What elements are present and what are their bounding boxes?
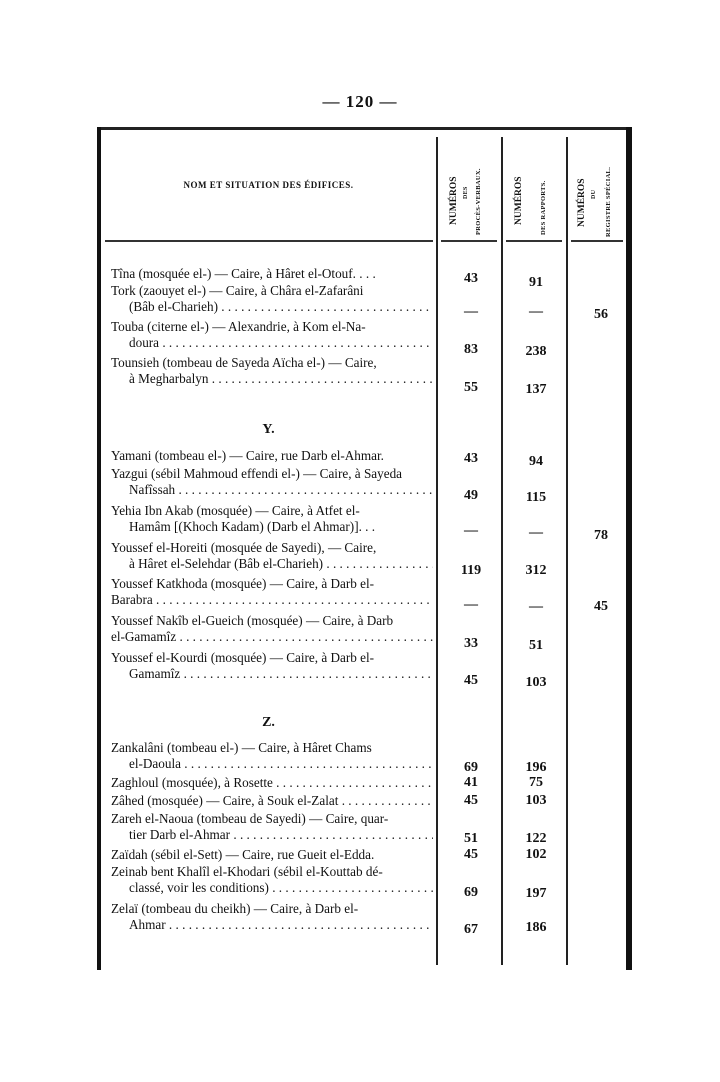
rapports-number: — — [504, 599, 568, 615]
proces-verbaux-number: 69 — [439, 885, 503, 901]
entry: Tork (zaouyet el-) — Caire, à Châra el-Z… — [111, 283, 433, 315]
entry-text: Zankalâni (tombeau el-) — Caire, à Hâret… — [111, 740, 433, 756]
entry-text: doura — [111, 335, 433, 351]
entry-text: Ahmar — [111, 917, 433, 933]
entry-text: Yamani (tombeau el-) — Caire, rue Darb e… — [111, 448, 433, 464]
proces-verbaux-number: 45 — [439, 847, 503, 863]
section-letter-y: Y. — [101, 422, 436, 438]
rapports-number: 197 — [504, 886, 568, 902]
header-label: NUMÉROS — [577, 178, 587, 227]
rapports-number: 186 — [504, 920, 568, 936]
proces-verbaux-number: — — [439, 597, 503, 613]
header-rapports: NUMÉROS DES RAPPORTS. — [502, 137, 566, 242]
header-label: PROCÈS-VERBAUX. — [475, 168, 482, 235]
proces-verbaux-number: 43 — [439, 451, 503, 467]
proces-verbaux-number: — — [439, 304, 503, 320]
proces-verbaux-number: 67 — [439, 922, 503, 938]
rapports-number: 51 — [504, 638, 568, 654]
section-letter-z: Z. — [101, 715, 436, 731]
entry-text: Tounsieh (tombeau de Sayeda Aïcha el-) —… — [111, 355, 433, 371]
rapports-number: 102 — [504, 847, 568, 863]
entry-text: Nafîssah — [111, 482, 433, 498]
rapports-number: 75 — [504, 775, 568, 791]
entry: Youssef Nakîb el-Gueich (mosquée) — Cair… — [111, 613, 433, 645]
header-proces-verbaux: NUMÉROS DES PROCÈS-VERBAUX. — [437, 137, 501, 242]
entry: Yamani (tombeau el-) — Caire, rue Darb e… — [111, 448, 433, 464]
rapports-number: 196 — [504, 760, 568, 776]
proces-verbaux-number: 41 — [439, 775, 503, 791]
entry-text: Zâhed (mosquée) — Caire, à Souk el-Zalat — [111, 793, 433, 809]
entry-text: à Hâret el-Selehdar (Bâb el-Charieh) — [111, 556, 433, 572]
rapports-number: 137 — [504, 382, 568, 398]
entry: Zaghloul (mosquée), à Rosette — [111, 775, 433, 791]
rapports-number: — — [504, 304, 568, 320]
header-label: NUMÉROS — [514, 176, 524, 225]
entry: Youssef Katkhoda (mosquée) — Caire, à Da… — [111, 576, 433, 608]
entry-text: classé, voir les conditions) — [111, 880, 433, 896]
table-border-right — [626, 127, 632, 970]
proces-verbaux-number: 55 — [439, 380, 503, 396]
entry-text: Youssef Nakîb el-Gueich (mosquée) — Cair… — [111, 613, 433, 629]
entry-text: Youssef el-Horeiti (mosquée de Sayedi), … — [111, 540, 433, 556]
header-label: NUMÉROS — [449, 176, 459, 225]
header-name-situation: NOM ET SITUATION DES ÉDIFICES. — [101, 130, 436, 240]
proces-verbaux-number: — — [439, 523, 503, 539]
table-border-left — [97, 127, 101, 970]
proces-verbaux-number: 45 — [439, 673, 503, 689]
entry-text: Youssef Katkhoda (mosquée) — Caire, à Da… — [111, 576, 433, 592]
rapports-number: 94 — [504, 454, 568, 470]
entry: Tîna (mosquée el-) — Caire, à Hâret el-O… — [111, 266, 433, 282]
proces-verbaux-number: 45 — [439, 793, 503, 809]
rapports-number: — — [504, 525, 568, 541]
header-label: DU — [591, 190, 597, 199]
entry: Zeinab bent Khalîl el-Khodari (sébil el-… — [111, 864, 433, 896]
entry-text: Zeinab bent Khalîl el-Khodari (sébil el-… — [111, 864, 433, 880]
proces-verbaux-number: 119 — [439, 563, 503, 579]
rapports-number: 238 — [504, 344, 568, 360]
entry-text: Hamâm [(Khoch Kadam) (Darb el Ahmar)]. .… — [111, 519, 433, 535]
entry-text: Youssef el-Kourdi (mosquée) — Caire, à D… — [111, 650, 433, 666]
registre-number: 78 — [569, 528, 633, 544]
entry: Zaïdah (sébil el-Sett) — Caire, rue Guei… — [111, 847, 433, 863]
entry: Yazgui (sébil Mahmoud effendi el-) — Cai… — [111, 466, 433, 498]
entry-text: Gamamîz — [111, 666, 433, 682]
proces-verbaux-number: 43 — [439, 271, 503, 287]
entry-text: Tîna (mosquée el-) — Caire, à Hâret el-O… — [111, 266, 433, 282]
entry-text: el-Daoula — [111, 756, 433, 772]
entry-text: Zaghloul (mosquée), à Rosette — [111, 775, 433, 791]
header-rule — [105, 240, 433, 242]
edifices-table: NOM ET SITUATION DES ÉDIFICES. NUMÉROS D… — [97, 127, 632, 970]
proces-verbaux-number: 83 — [439, 342, 503, 358]
proces-verbaux-number: 69 — [439, 760, 503, 776]
rapports-number: 91 — [504, 275, 568, 291]
header-registre-special: NUMÉROS DU REGISTRE SPÉCIAL. — [567, 137, 631, 242]
rapports-number: 312 — [504, 563, 568, 579]
entry: Tounsieh (tombeau de Sayeda Aïcha el-) —… — [111, 355, 433, 387]
rapports-number: 122 — [504, 831, 568, 847]
entry-text: Touba (citerne el-) — Alexandrie, à Kom … — [111, 319, 433, 335]
entry: Youssef el-Kourdi (mosquée) — Caire, à D… — [111, 650, 433, 682]
registre-number: 56 — [569, 307, 633, 323]
entry: Zâhed (mosquée) — Caire, à Souk el-Zalat — [111, 793, 433, 809]
proces-verbaux-number: 49 — [439, 488, 503, 504]
entry: Youssef el-Horeiti (mosquée de Sayedi), … — [111, 540, 433, 572]
rapports-number: 115 — [504, 490, 568, 506]
proces-verbaux-number: 51 — [439, 831, 503, 847]
entry: Yehia Ibn Akab (mosquée) — Caire, à Atfe… — [111, 503, 433, 535]
column-divider — [436, 137, 438, 965]
entry: Zankalâni (tombeau el-) — Caire, à Hâret… — [111, 740, 433, 772]
entry: Touba (citerne el-) — Alexandrie, à Kom … — [111, 319, 433, 351]
proces-verbaux-number: 33 — [439, 636, 503, 652]
entry-text: Zaïdah (sébil el-Sett) — Caire, rue Guei… — [111, 847, 433, 863]
header-label: DES RAPPORTS. — [540, 180, 547, 235]
rapports-number: 103 — [504, 793, 568, 809]
entry: Zareh el-Naoua (tombeau de Sayedi) — Cai… — [111, 811, 433, 843]
entry-text: Barabra — [111, 592, 433, 608]
entry: Zelaï (tombeau du cheikh) — Caire, à Dar… — [111, 901, 433, 933]
header-label: REGISTRE SPÉCIAL. — [605, 167, 612, 237]
entry-text: Yazgui (sébil Mahmoud effendi el-) — Cai… — [111, 466, 433, 482]
entry-text: Yehia Ibn Akab (mosquée) — Caire, à Atfe… — [111, 503, 433, 519]
page-number: — 120 — — [0, 92, 720, 112]
entry-text: Zelaï (tombeau du cheikh) — Caire, à Dar… — [111, 901, 433, 917]
entry-text: (Bâb el-Charieh) — [111, 299, 433, 315]
entry-text: à Megharbalyn — [111, 371, 433, 387]
entry-text: Tork (zaouyet el-) — Caire, à Châra el-Z… — [111, 283, 433, 299]
registre-number: 45 — [569, 599, 633, 615]
rapports-number: 103 — [504, 675, 568, 691]
header-label: DES — [463, 186, 469, 199]
entry-text: tier Darb el-Ahmar — [111, 827, 433, 843]
entry-text: Zareh el-Naoua (tombeau de Sayedi) — Cai… — [111, 811, 433, 827]
entry-text: el-Gamamîz — [111, 629, 433, 645]
